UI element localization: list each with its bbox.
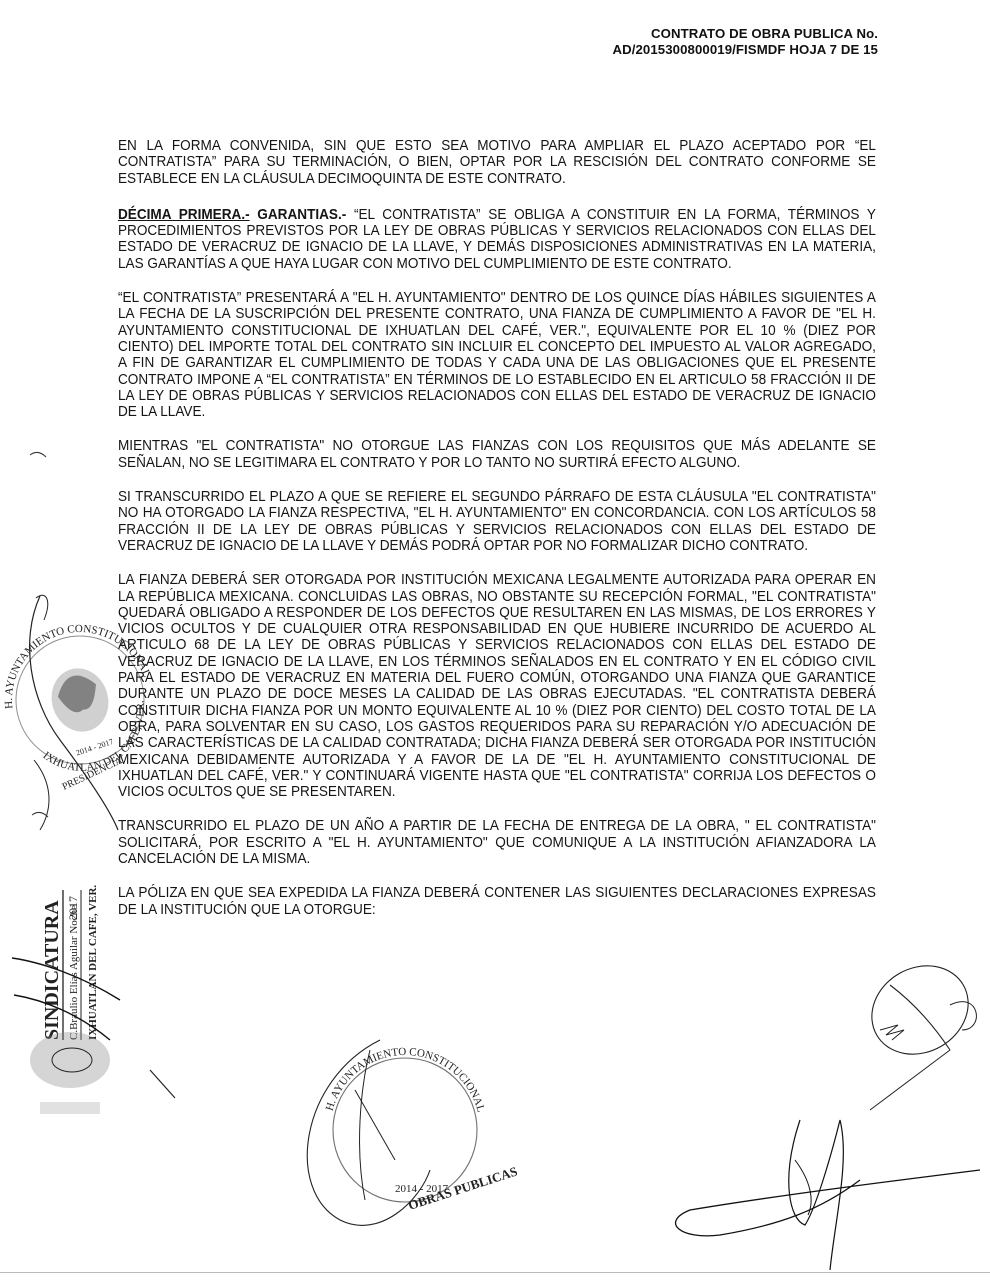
sindicatura-place: IXHUATLAN DEL CAFE, VER. xyxy=(87,885,99,1040)
paragraph-6: LA FIANZA DEBERÁ SER OTORGADA POR INSTIT… xyxy=(118,572,876,800)
seal-left-role: PRESIDENCIA xyxy=(61,755,125,793)
seal-bottom: H. AYUNTAMIENTO CONSTITUCIONAL 2014 - 20… xyxy=(324,1046,519,1213)
clause-subtitle: GARANTIAS.- xyxy=(257,207,346,223)
seal-bottom-role: OBRAS PUBLICAS xyxy=(406,1163,519,1212)
sindicatura-name: C.Braulio Elías Aguilar Noche xyxy=(68,905,80,1040)
header-contract-title: CONTRATO DE OBRA PUBLICA No. xyxy=(612,26,878,42)
sindicatura-stamp: SINDICATURA C.Braulio Elías Aguilar Noch… xyxy=(41,885,99,1040)
paragraph-5: SI TRANSCURRIDO EL PLAZO A QUE SE REFIER… xyxy=(118,489,876,554)
sindicatura-title: SINDICATURA xyxy=(41,900,63,1040)
signature-right-bottom xyxy=(676,1120,980,1270)
signature-right-top xyxy=(856,949,985,1110)
paragraph-4: MIENTRAS "EL CONTRATISTA" NO OTORGUE LAS… xyxy=(118,438,876,471)
seal-left-years: 2014 - 2017 xyxy=(75,737,115,758)
paragraph-3: “EL CONTRATISTA” PRESENTARÁ A "EL H. AYU… xyxy=(118,290,876,420)
paragraph-clause-11: DÉCIMA PRIMERA.- GARANTIAS.- “EL CONTRAT… xyxy=(118,207,876,272)
paragraph-1: EN LA FORMA CONVENIDA, SIN QUE ESTO SEA … xyxy=(118,138,876,187)
clause-title: DÉCIMA PRIMERA.- xyxy=(118,207,250,223)
paragraph-8: LA PÓLIZA EN QUE SEA EXPEDIDA LA FIANZA … xyxy=(118,885,876,918)
sindicatura-year: 2017 xyxy=(66,896,80,920)
page-bottom-edge xyxy=(0,1272,990,1273)
paragraph-7: TRANSCURRIDO EL PLAZO DE UN AÑO A PARTIR… xyxy=(118,818,876,867)
document-header: CONTRATO DE OBRA PUBLICA No. AD/20153008… xyxy=(612,26,878,58)
seal-sindicatura-circle xyxy=(30,1032,110,1088)
header-contract-number: AD/2015300800019/FISMDF HOJA 7 DE 15 xyxy=(612,42,878,58)
document-body: EN LA FORMA CONVENIDA, SIN QUE ESTO SEA … xyxy=(118,138,876,936)
document-page: CONTRATO DE OBRA PUBLICA No. AD/20153008… xyxy=(0,0,990,1280)
seal-bottom-outer-text: H. AYUNTAMIENTO CONSTITUCIONAL xyxy=(324,1046,487,1114)
seal-bottom-years: 2014 - 2017 xyxy=(395,1183,449,1195)
